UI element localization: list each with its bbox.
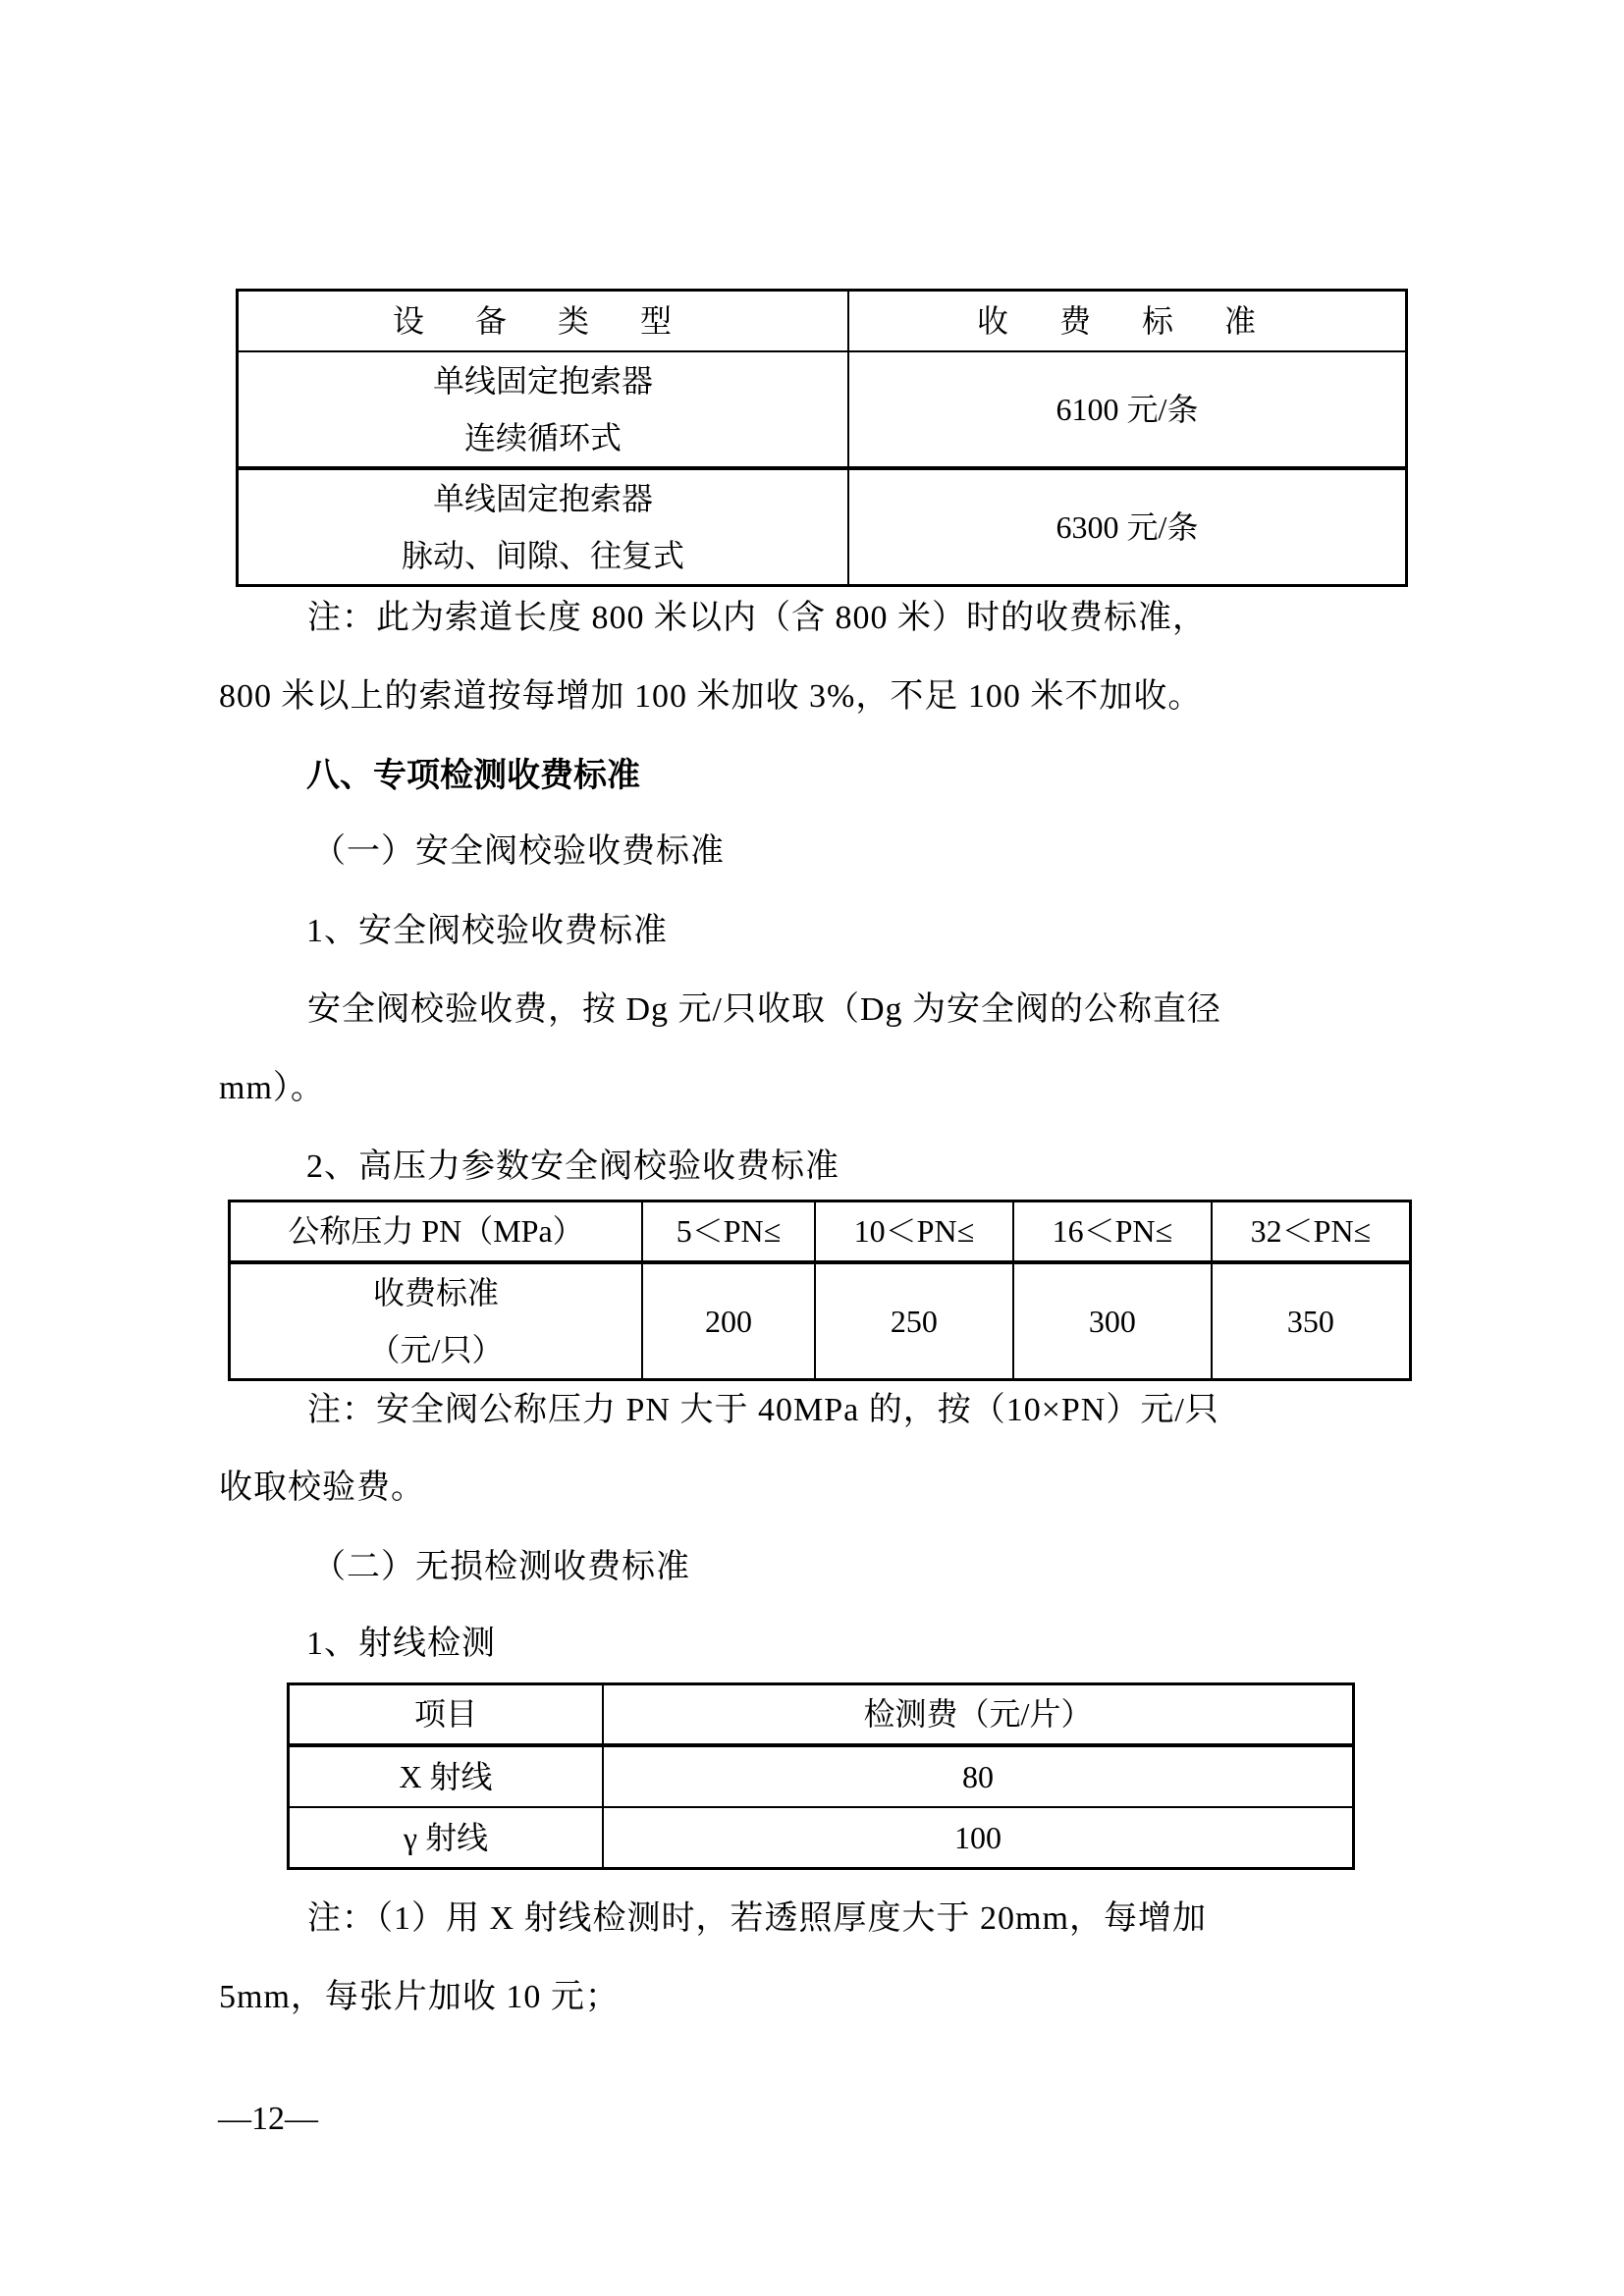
table-header-fee: 检测费（元/片） [603,1684,1354,1745]
page-number: —12— [218,2101,318,2138]
pressure-header-label: 公称压力 PN（MPa） [230,1201,643,1262]
fee-value: 300 [1013,1262,1212,1380]
table-header-item: 项目 [289,1684,604,1745]
note-xray-line1: 注：（1）用 X 射线检测时，若透照厚度大于 20mm，每增加 [307,1897,1207,1941]
fee-label-line2: （元/只） [231,1321,641,1378]
ray-type: γ 射线 [289,1807,604,1869]
pressure-range: 16＜PN≤ [1013,1201,1212,1262]
note-cableway-line2: 800 米以上的索道按每增加 100 米加收 3%，不足 100 米不加收。 [219,675,1202,719]
fee-label-line1: 收费标准 [231,1264,641,1321]
note-cableway-line1: 注：此为索道长度 800 米以内（含 800 米）时的收费标准， [307,597,1207,640]
ray-type: X 射线 [289,1745,604,1807]
device-type-line2: 脉动、间隙、往复式 [239,527,847,584]
table-header-device-type: 设 备 类 型 [238,291,849,351]
note-pressure-line1: 注：安全阀公称压力 PN 大于 40MPa 的，按（10×PN）元/只 [307,1389,1219,1432]
device-type-line2: 连续循环式 [239,409,847,466]
fee-value: 80 [603,1745,1354,1807]
item-title-xray: 1、射线检测 [306,1623,496,1666]
note-pressure-line2: 收取校验费。 [219,1467,425,1510]
pressure-range: 5＜PN≤ [642,1201,815,1262]
radiographic-fee-table: 项目 检测费（元/片） X 射线 80 γ 射线 100 [287,1682,1355,1870]
subsection-title-1: （一）安全阀校验收费标准 [312,830,725,874]
table-row: 收费标准 （元/只） 200 250 300 350 [230,1262,1411,1380]
fee-value: 100 [603,1807,1354,1869]
table-row: 单线固定抱索器 脉动、间隙、往复式 6300 元/条 [238,468,1407,586]
item1-text-line1: 安全阀校验收费，按 Dg 元/只收取（Dg 为安全阀的公称直径 [307,988,1221,1032]
item-title-1: 1、安全阀校验收费标准 [306,910,668,953]
table-header-fee-standard: 收 费 标 准 [848,291,1407,351]
table-row: 单线固定抱索器 连续循环式 6100 元/条 [238,351,1407,468]
device-type-line1: 单线固定抱索器 [239,470,847,527]
note-xray-line2: 5mm，每张片加收 10 元； [219,1976,620,2019]
item1-text-line2: mm）。 [219,1067,325,1110]
item-title-2: 2、高压力参数安全阀校验收费标准 [306,1146,839,1189]
cableway-fee-table: 设 备 类 型 收 费 标 准 单线固定抱索器 连续循环式 6100 元/条 单… [236,289,1408,587]
fee-value: 200 [642,1262,815,1380]
pressure-fee-table: 公称压力 PN（MPa） 5＜PN≤ 10＜PN≤ 16＜PN≤ 32＜PN≤ … [228,1200,1412,1381]
pressure-range: 32＜PN≤ [1212,1201,1411,1262]
fee-value: 250 [815,1262,1013,1380]
device-type-line1: 单线固定抱索器 [239,352,847,409]
fee-value: 6300 元/条 [848,468,1407,586]
table-row: X 射线 80 [289,1745,1354,1807]
fee-value: 350 [1212,1262,1411,1380]
table-row: γ 射线 100 [289,1807,1354,1869]
section-heading: 八、专项检测收费标准 [306,754,640,797]
pressure-range: 10＜PN≤ [815,1201,1013,1262]
fee-value: 6100 元/条 [848,351,1407,468]
subsection-title-2: （二）无损检测收费标准 [312,1546,690,1589]
